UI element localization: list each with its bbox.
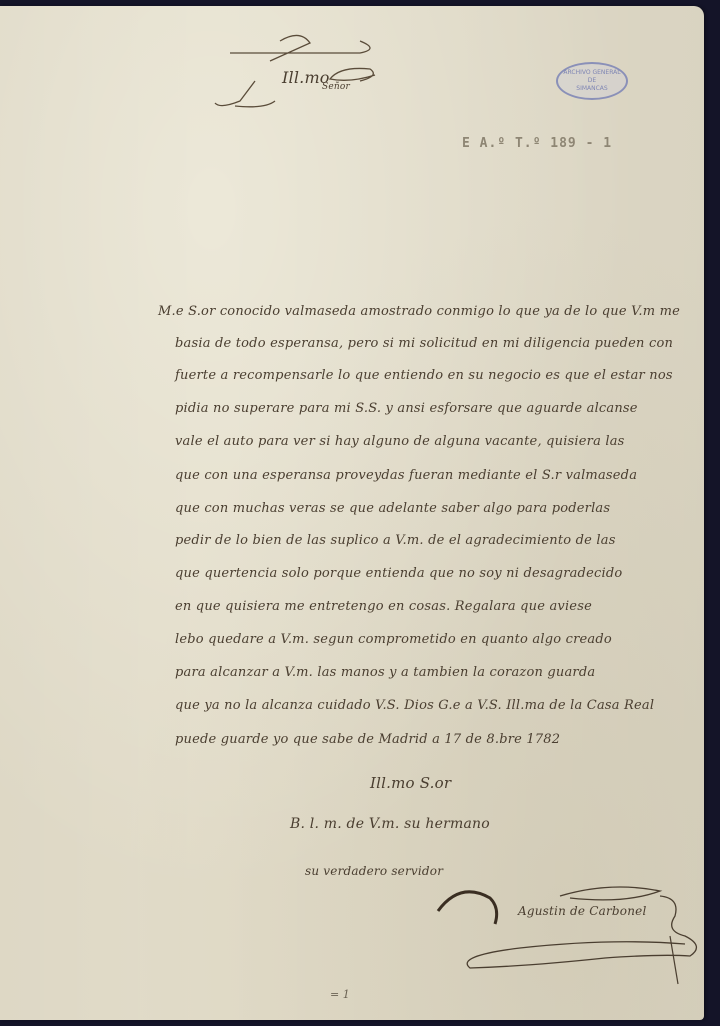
body-line: que ya no la alcanza cuidado V.S. Dios G… [175,698,654,713]
body-line: basia de todo esperansa, pero si mi soli… [175,336,673,351]
body-line: lebo quedare a V.m. segun comprometido e… [175,632,612,647]
closing-servant: su verdadero servidor [305,864,443,878]
body-line: que con muchas veras se que adelante sab… [175,501,610,516]
footer-mark: = 1 [330,988,350,1001]
stamp-line-3: SIMANCAS [558,85,626,93]
body-line: en que quisiera me entretengo en cosas. … [175,599,592,614]
manuscript-page: Ill.mo Señor ARCHIVO GENERAL DE SIMANCAS… [0,6,704,1020]
body-line: pedir de lo bien de las suplico a V.m. d… [175,533,616,548]
signature: Agustin de Carbonel [518,904,646,918]
closing-kiss-hands: B. l. m. de V.m. su hermano [290,816,490,832]
body-line: fuerte a recompensarle lo que entiendo e… [175,368,673,383]
shelfmark: E A.º T.º 189 - 1 [462,136,612,151]
body-line: vale el auto para ver si hay alguno de a… [175,434,625,449]
body-line: para alcanzar a V.m. las manos y a tambi… [175,665,595,680]
body-line: M.e S.or conocido valmaseda amostrado co… [158,304,680,319]
heading-salutation-word: Señor [322,82,350,92]
closing-honorific: Ill.mo S.or [370,774,451,792]
stamp-line-2: DE [558,77,626,85]
stamp-line-1: ARCHIVO GENERAL [558,69,626,77]
body-line: que con una esperansa proveydas fueran m… [175,468,637,483]
archive-stamp: ARCHIVO GENERAL DE SIMANCAS [556,62,628,100]
signature-rubric [430,876,705,986]
body-line: puede guarde yo que sabe de Madrid a 17 … [175,732,560,747]
body-line: pidia no superare para mi S.S. y ansi es… [175,401,638,416]
body-line: que quertencia solo porque entienda que … [175,566,622,581]
